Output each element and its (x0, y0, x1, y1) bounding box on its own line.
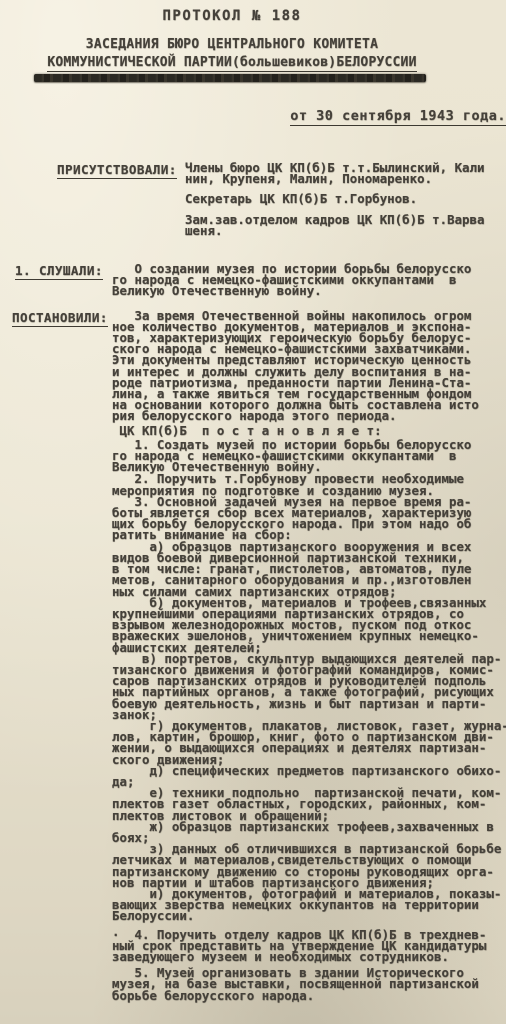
document-page: ПРОТОКОЛ № 188 ЗАСЕДАНИЯ БЮРО ЦЕНТРАЛЬНО… (0, 0, 506, 1024)
text-line: боевую деятельность, жизнь и быт партиза… (112, 698, 506, 709)
paragraph: Члены бюро ЦК КП(б)Б т.т.Былинский, Кали… (185, 162, 506, 184)
text-line: Секретарь ЦК КП(б)Б т.Горбунов. (185, 193, 506, 204)
protocol-title: ПРОТОКОЛ № 188 (12, 8, 452, 24)
section-body: Члены бюро ЦК КП(б)Б т.т.Былинский, Кали… (185, 162, 506, 236)
paragraph: в) портретов, скульптур выдающихся деяте… (112, 653, 506, 720)
section-label: ПОСТАНОВИЛИ: (12, 310, 108, 327)
text-line: Белоруссии. (112, 910, 506, 921)
paragraph: О создании музея по истории борьбы белор… (112, 263, 506, 297)
paragraph: е) техники подпольно партизанской печати… (112, 787, 506, 821)
sections-container: ПРИСУТСТВОВАЛИ:Члены бюро ЦК КП(б)Б т.т.… (12, 162, 506, 1001)
decorative-rule (34, 74, 426, 82)
section-row: ПОСТАНОВИЛИ: За время Отечественной войн… (12, 310, 506, 1001)
paragraph: За время Отечественной войны накопилось … (112, 310, 506, 422)
section-label: 1. СЛУШАЛИ: (15, 263, 103, 280)
paragraph: 5. Музей организовать в здании Историчес… (112, 967, 506, 1001)
text-line: рия белорусского народа этого периода. (112, 410, 506, 421)
text-line: Зам.зав.отделом кадров ЦК КП(б)Б т.Варва (185, 214, 506, 225)
paragraph: Зам.зав.отделом кадров ЦК КП(б)Б т.Варва… (185, 214, 506, 236)
section-row: ПРИСУТСТВОВАЛИ:Члены бюро ЦК КП(б)Б т.т.… (12, 162, 506, 236)
paragraph: а) образцов партизанского вооружения и в… (112, 541, 506, 597)
paragraph: г) документов, плакатов, листовок, газет… (112, 720, 506, 765)
paragraph: ЦК КП(б)Б п о с т а н о в л я е т: (112, 425, 506, 436)
session-line: ЗАСЕДАНИЯ БЮРО ЦЕНТРАЛЬНОГО КОМИТЕТА (12, 37, 452, 52)
paragraph: Секретарь ЦК КП(б)Б т.Горбунов. (185, 193, 506, 204)
paragraph: 1. Создать музей по истории борьбы белор… (112, 439, 506, 473)
paragraph: ж) образцов партизанских трофеев,захваче… (112, 821, 506, 843)
section-label: ПРИСУТСТВОВАЛИ: (57, 162, 177, 179)
section-body: За время Отечественной войны накопилось … (112, 310, 506, 1001)
text-line: ж) образцов партизанских трофеев,захваче… (112, 821, 506, 832)
paragraph: · 4. Поручить отделу кадров ЦК КП(б)Б в … (112, 929, 506, 963)
paragraph: б) документов, материалов и трофеев,связ… (112, 597, 506, 653)
date-row: от 30 сентября 1943 года. (12, 108, 506, 124)
paragraph: д) специфических предметов партизанского… (112, 765, 506, 787)
text-line: заведующего музеем и необходимых сотрудн… (112, 951, 506, 962)
document-header: ПРОТОКОЛ № 188 ЗАСЕДАНИЯ БЮРО ЦЕНТРАЛЬНО… (12, 8, 452, 82)
paragraph: 3. Основной задачей музея на первое врем… (112, 496, 506, 541)
text-line: Великую Отечественную войну. (112, 285, 506, 296)
text-line: ЦК КП(б)Б п о с т а н о в л я е т: (112, 425, 506, 436)
paragraph: 2. Поручить т.Горбунову провести необход… (112, 473, 506, 495)
text-line: борьбе белорусского народа. (112, 990, 506, 1001)
section-body: О создании музея по истории борьбы белор… (112, 263, 506, 297)
org-line: КОММУНИСТИЧЕСКОЙ ПАРТИИ(большевиков)БЕЛО… (12, 55, 452, 70)
document-date: от 30 сентября 1943 года. (290, 108, 506, 126)
section-row: 1. СЛУШАЛИ: О создании музея по истории … (12, 263, 506, 297)
paragraph: и) документов, фотографий и материалов, … (112, 888, 506, 922)
paragraph: з) данных об отличившихся в партизанской… (112, 843, 506, 888)
text-line: д) специфических предметов партизанского… (112, 765, 506, 776)
